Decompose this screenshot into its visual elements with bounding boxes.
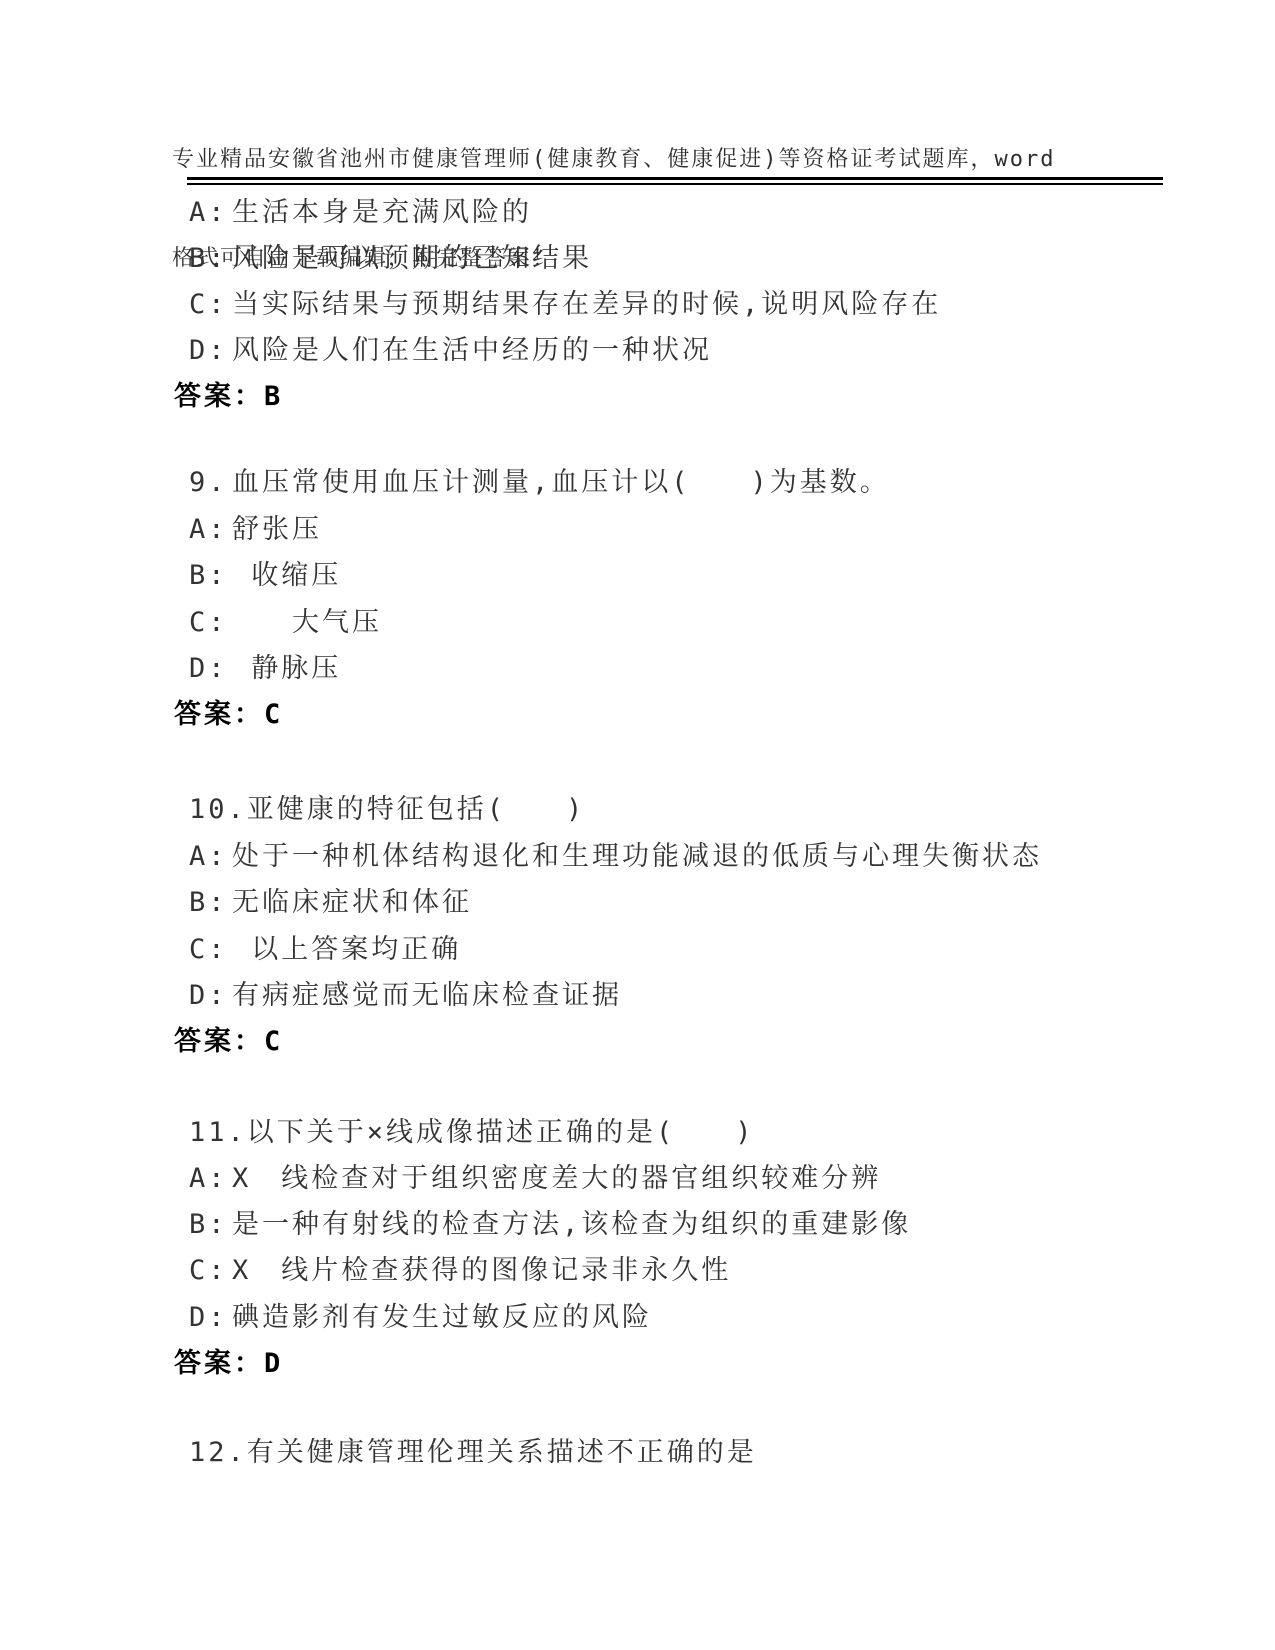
answer-prefix: 答案：	[174, 381, 264, 413]
option-text: 生活本身是充满风险的	[232, 197, 532, 229]
exam-document-page: 专业精品安徽省池州市健康管理师(健康教育、健康促进)等资格证考试题库，word …	[0, 0, 1275, 1650]
option-row: A:X 线检查对于组织密度差大的器官组织较难分辨	[189, 1163, 881, 1195]
option-text: 风险是可以预期的已知结果	[232, 243, 592, 275]
answer-row: 答案：D	[174, 1348, 283, 1380]
option-text: 处于一种机体结构退化和生理功能减退的低质与心理失衡状态	[232, 841, 1042, 873]
option-row: A:处于一种机体结构退化和生理功能减退的低质与心理失衡状态	[189, 841, 1042, 873]
option-text: 有病症感觉而无临床检查证据	[232, 980, 622, 1012]
option-text: 当实际结果与预期结果存在差异的时候,说明风险存在	[232, 289, 941, 321]
question-text: 亚健康的特征包括( )	[247, 794, 586, 826]
option-label: D:	[189, 980, 232, 1012]
option-text: 无临床症状和体征	[232, 887, 472, 919]
option-text: 是一种有射线的检查方法,该检查为组织的重建影像	[232, 1209, 911, 1241]
option-label: B:	[189, 1209, 232, 1241]
option-label: D:	[189, 1302, 232, 1334]
question-number: 10.	[189, 794, 247, 826]
option-text: 风险是人们在生活中经历的一种状况	[232, 335, 712, 367]
question-stem: 12.有关健康管理伦理关系描述不正确的是	[189, 1437, 757, 1469]
option-text: X 线检查对于组织密度差大的器官组织较难分辨	[232, 1163, 881, 1195]
option-row: D:碘造影剂有发生过敏反应的风险	[189, 1302, 652, 1334]
question-stem: 9.血压常使用血压计测量,血压计以( )为基数。	[189, 467, 890, 499]
answer-value: C	[264, 1026, 283, 1058]
question-text: 以下关于×线成像描述正确的是( )	[247, 1117, 755, 1149]
answer-prefix: 答案：	[174, 1026, 264, 1058]
option-row: C:X 线片检查获得的图像记录非永久性	[189, 1255, 731, 1287]
option-row: A:生活本身是充满风险的	[189, 197, 532, 229]
option-row: D:有病症感觉而无临床检查证据	[189, 980, 622, 1012]
option-label: C:	[189, 1255, 232, 1287]
option-row: A:舒张压	[189, 514, 322, 546]
question-text: 有关健康管理伦理关系描述不正确的是	[247, 1437, 757, 1469]
answer-value: D	[264, 1348, 283, 1380]
answer-value: B	[264, 381, 283, 413]
option-row: C: 大气压	[189, 607, 382, 639]
option-label: A:	[189, 841, 232, 873]
option-label: B:	[189, 887, 232, 919]
answer-row: 答案：B	[174, 381, 283, 413]
option-text: 碘造影剂有发生过敏反应的风险	[232, 1302, 652, 1334]
option-label: A:	[189, 514, 232, 546]
option-text: 舒张压	[232, 514, 322, 546]
option-text: 以上答案均正确	[232, 934, 461, 966]
option-row: C: 以上答案均正确	[189, 934, 461, 966]
answer-row: 答案：C	[174, 699, 283, 731]
option-row: B: 收缩压	[189, 560, 341, 592]
answer-prefix: 答案：	[174, 699, 264, 731]
question-number: 12.	[189, 1437, 247, 1469]
option-text: 静脉压	[232, 653, 341, 685]
option-row: D:风险是人们在生活中经历的一种状况	[189, 335, 712, 367]
option-text: 大气压	[232, 607, 382, 639]
question-text: 血压常使用血压计测量,血压计以( )为基数。	[232, 467, 890, 499]
option-text: 收缩压	[232, 560, 341, 592]
option-label: C:	[189, 934, 232, 966]
option-row: B:风险是可以预期的已知结果	[189, 243, 592, 275]
option-label: A:	[189, 197, 232, 229]
option-label: B:	[189, 560, 232, 592]
option-row: D: 静脉压	[189, 653, 341, 685]
option-text: X 线片检查获得的图像记录非永久性	[232, 1255, 731, 1287]
answer-row: 答案：C	[174, 1026, 283, 1058]
answer-prefix: 答案：	[174, 1348, 264, 1380]
option-label: B:	[189, 243, 232, 275]
option-row: C:当实际结果与预期结果存在差异的时候,说明风险存在	[189, 289, 941, 321]
question-stem: 10.亚健康的特征包括( )	[189, 794, 585, 826]
option-label: D:	[189, 653, 232, 685]
option-label: C:	[189, 289, 232, 321]
option-label: C:	[189, 607, 232, 639]
option-row: B:无临床症状和体征	[189, 887, 472, 919]
question-stem: 11.以下关于×线成像描述正确的是( )	[189, 1117, 755, 1149]
question-number: 9.	[189, 467, 232, 499]
header-line-1: 专业精品安徽省池州市健康管理师(健康教育、健康促进)等资格证考试题库，word	[172, 143, 1102, 176]
option-row: B:是一种有射线的检查方法,该检查为组织的重建影像	[189, 1209, 911, 1241]
header-divider	[187, 177, 1163, 185]
question-number: 11.	[189, 1117, 247, 1149]
answer-value: C	[264, 699, 283, 731]
option-label: A:	[189, 1163, 232, 1195]
option-label: D:	[189, 335, 232, 367]
